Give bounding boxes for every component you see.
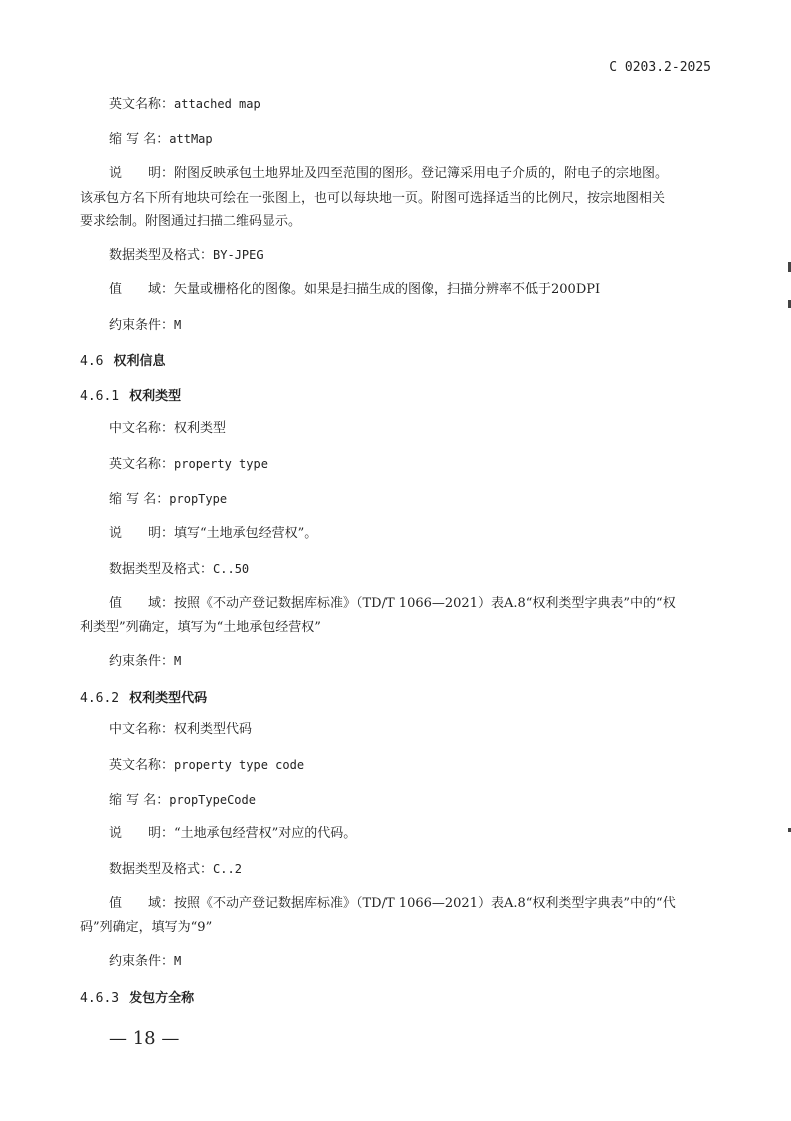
dtype-field: 数据类型及格式：C..50 xyxy=(109,560,249,579)
constraint-field: 约束条件：M xyxy=(109,952,181,971)
dtype-field: 数据类型及格式：C..2 xyxy=(109,860,242,879)
desc-field: 说 明：填写“土地承包经营权”。 xyxy=(109,525,317,543)
desc-field: 说 明：附图反映承包土地界址及四至范围的图形。登记簿采用电子介质的，附电子的宗地… xyxy=(109,165,668,183)
desc-line-3: 要求绘制。附图通过扫描二维码显示。 xyxy=(80,213,301,231)
desc-field: 说 明：“土地承包经营权”对应的代码。 xyxy=(109,825,356,843)
section-heading-4-6-3: 4.6.3发包方全称 xyxy=(80,987,194,1006)
en-name-field: 英文名称：property type code xyxy=(109,756,304,775)
document-code: C 0203.2-2025 xyxy=(609,60,711,75)
abbr-field: 缩 写 名：attMap xyxy=(109,130,213,149)
section-heading-4-6-1: 4.6.1权利类型 xyxy=(80,385,181,404)
section-heading-4-6-2: 4.6.2权利类型代码 xyxy=(80,687,207,706)
domain-field: 值 域：按照《不动产登记数据库标准》（TD/T 1066—2021）表A.8“权… xyxy=(109,595,676,613)
abbr-field: 缩 写 名：propType xyxy=(109,490,227,509)
constraint-field: 约束条件：M xyxy=(109,652,181,671)
page-number: — 18 — xyxy=(109,1028,179,1049)
cn-name-field: 中文名称：权利类型 xyxy=(109,420,226,438)
constraint-field: 约束条件：M xyxy=(109,316,181,335)
abbr-field: 缩 写 名：propTypeCode xyxy=(109,791,256,810)
en-name-field: 英文名称：property type xyxy=(109,455,268,474)
cn-name-field: 中文名称：权利类型代码 xyxy=(109,721,252,739)
desc-line-2: 该承包方名下所有地块可绘在一张图上，也可以每块地一页。附图可选择适当的比例尺，按… xyxy=(80,190,665,208)
domain-field: 值 域：按照《不动产登记数据库标准》（TD/T 1066—2021）表A.8“权… xyxy=(109,895,676,913)
dtype-field: 数据类型及格式：BY-JPEG xyxy=(109,246,264,265)
domain-line-2: 码”列确定，填写为“9” xyxy=(80,919,212,937)
en-name-field: 英文名称：attached map xyxy=(109,95,261,114)
domain-line-2: 利类型”列确定，填写为“土地承包经营权” xyxy=(80,619,321,637)
section-heading-4-6: 4.6权利信息 xyxy=(80,350,166,369)
domain-field: 值 域：矢量或栅格化的图像。如果是扫描生成的图像，扫描分辨率不低于200DPI xyxy=(109,281,600,299)
